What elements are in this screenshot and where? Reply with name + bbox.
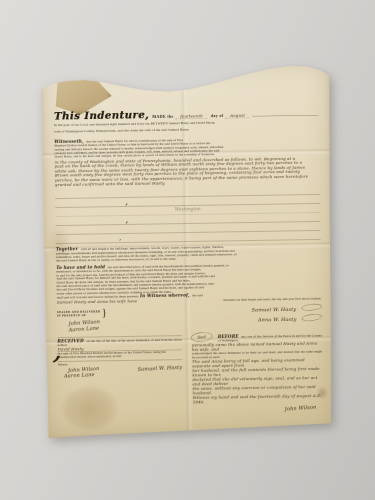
party-signature-row: Anna W. Hasty — [252, 314, 322, 323]
hands-seals-text: hereunto set their hands and seals, the … — [223, 297, 321, 302]
together-lines: privileges, hereditaments and appurtenan… — [56, 248, 321, 263]
sealed-labels: SEALED AND DELIVERED IN PRESENCE OF — [57, 310, 101, 317]
receipt-witness-signature-2: Aaron Lane — [64, 371, 100, 378]
receipt-party-signature: Samuel W. Hasty — [137, 364, 182, 372]
party-signature-2: Anna W. Hasty — [258, 317, 297, 323]
in-witness-rest-text: the said — [192, 294, 203, 298]
indenture-paper: , This Indenture, MADE the fourteenth da… — [41, 60, 335, 438]
month-handwritten: August — [225, 113, 249, 118]
receipt-witness-sigs: John Wilson Aaron Lane — [58, 366, 100, 378]
header-lines: In the year of our Lord, one thousand ei… — [54, 118, 319, 135]
day-handwritten: fourteenth — [176, 114, 208, 119]
blank-rule — [252, 115, 318, 117]
document-line: consideration money above mentioned, in … — [58, 354, 182, 360]
party-signature-row: Samuel W. Hasty — [252, 304, 322, 313]
sealed-label-2: IN PRESENCE OF — [57, 313, 101, 317]
property-description: in the county of Washington and state of… — [55, 156, 320, 187]
acknowledgment-column: Seal BEFORE me, one of the Justices of t… — [192, 333, 323, 413]
received-lines: David Hastythe sum of Five Hundred Dolla… — [58, 345, 183, 359]
justice-signature-row: John Wilson — [193, 405, 323, 413]
made-the-label: MADE the — [152, 114, 173, 119]
witness-signature-2: Aaron Lane — [68, 325, 107, 333]
photo-background: , This Indenture, MADE the fourteenth da… — [0, 0, 375, 500]
bottom-section: RECEIVED on the day of the date of the a… — [57, 333, 323, 415]
receipt-signatures: John Wilson Aaron Lane Samuel W. Hasty — [58, 365, 183, 378]
blank-ruled-lines: ,Washington,, — [55, 186, 320, 244]
party-signature-1: Samuel W. Hasty — [252, 306, 297, 312]
signature-zone: SEALED AND DELIVERED IN PRESENCE OF } Jo… — [57, 304, 322, 332]
seal-scribble-icon — [301, 303, 322, 311]
brace-glyph: } — [102, 307, 107, 318]
handwritten-line: granted and confirmed unto the said Samu… — [55, 180, 214, 187]
party-signatures: Samuel W. Hasty Anna W. Hasty — [252, 304, 322, 329]
document-content: This Indenture, MADE the fourteenth day … — [41, 60, 335, 438]
day-of-label: day of — [211, 113, 224, 118]
justice-signature: John Wilson — [285, 404, 317, 412]
receipt-block: RECEIVED on the day of the date of the a… — [57, 335, 182, 361]
receipt-column: RECEIVED on the day of the date of the a… — [57, 335, 183, 415]
witness-signatures: John Wilson Aaron Lane — [57, 319, 107, 332]
sealed-delivered-block: SEALED AND DELIVERED IN PRESENCE OF } Jo… — [57, 307, 107, 332]
document-line: Witness my hand and seal the fourteenth … — [193, 394, 323, 405]
document-photo: , This Indenture, MADE the fourteenth da… — [41, 60, 335, 438]
in-witness-lead-word: In Witness whereof, — [140, 293, 191, 299]
acknowledgment-lines: personally came the above named Samuel H… — [192, 341, 323, 405]
seal-scribble-icon — [301, 313, 322, 321]
